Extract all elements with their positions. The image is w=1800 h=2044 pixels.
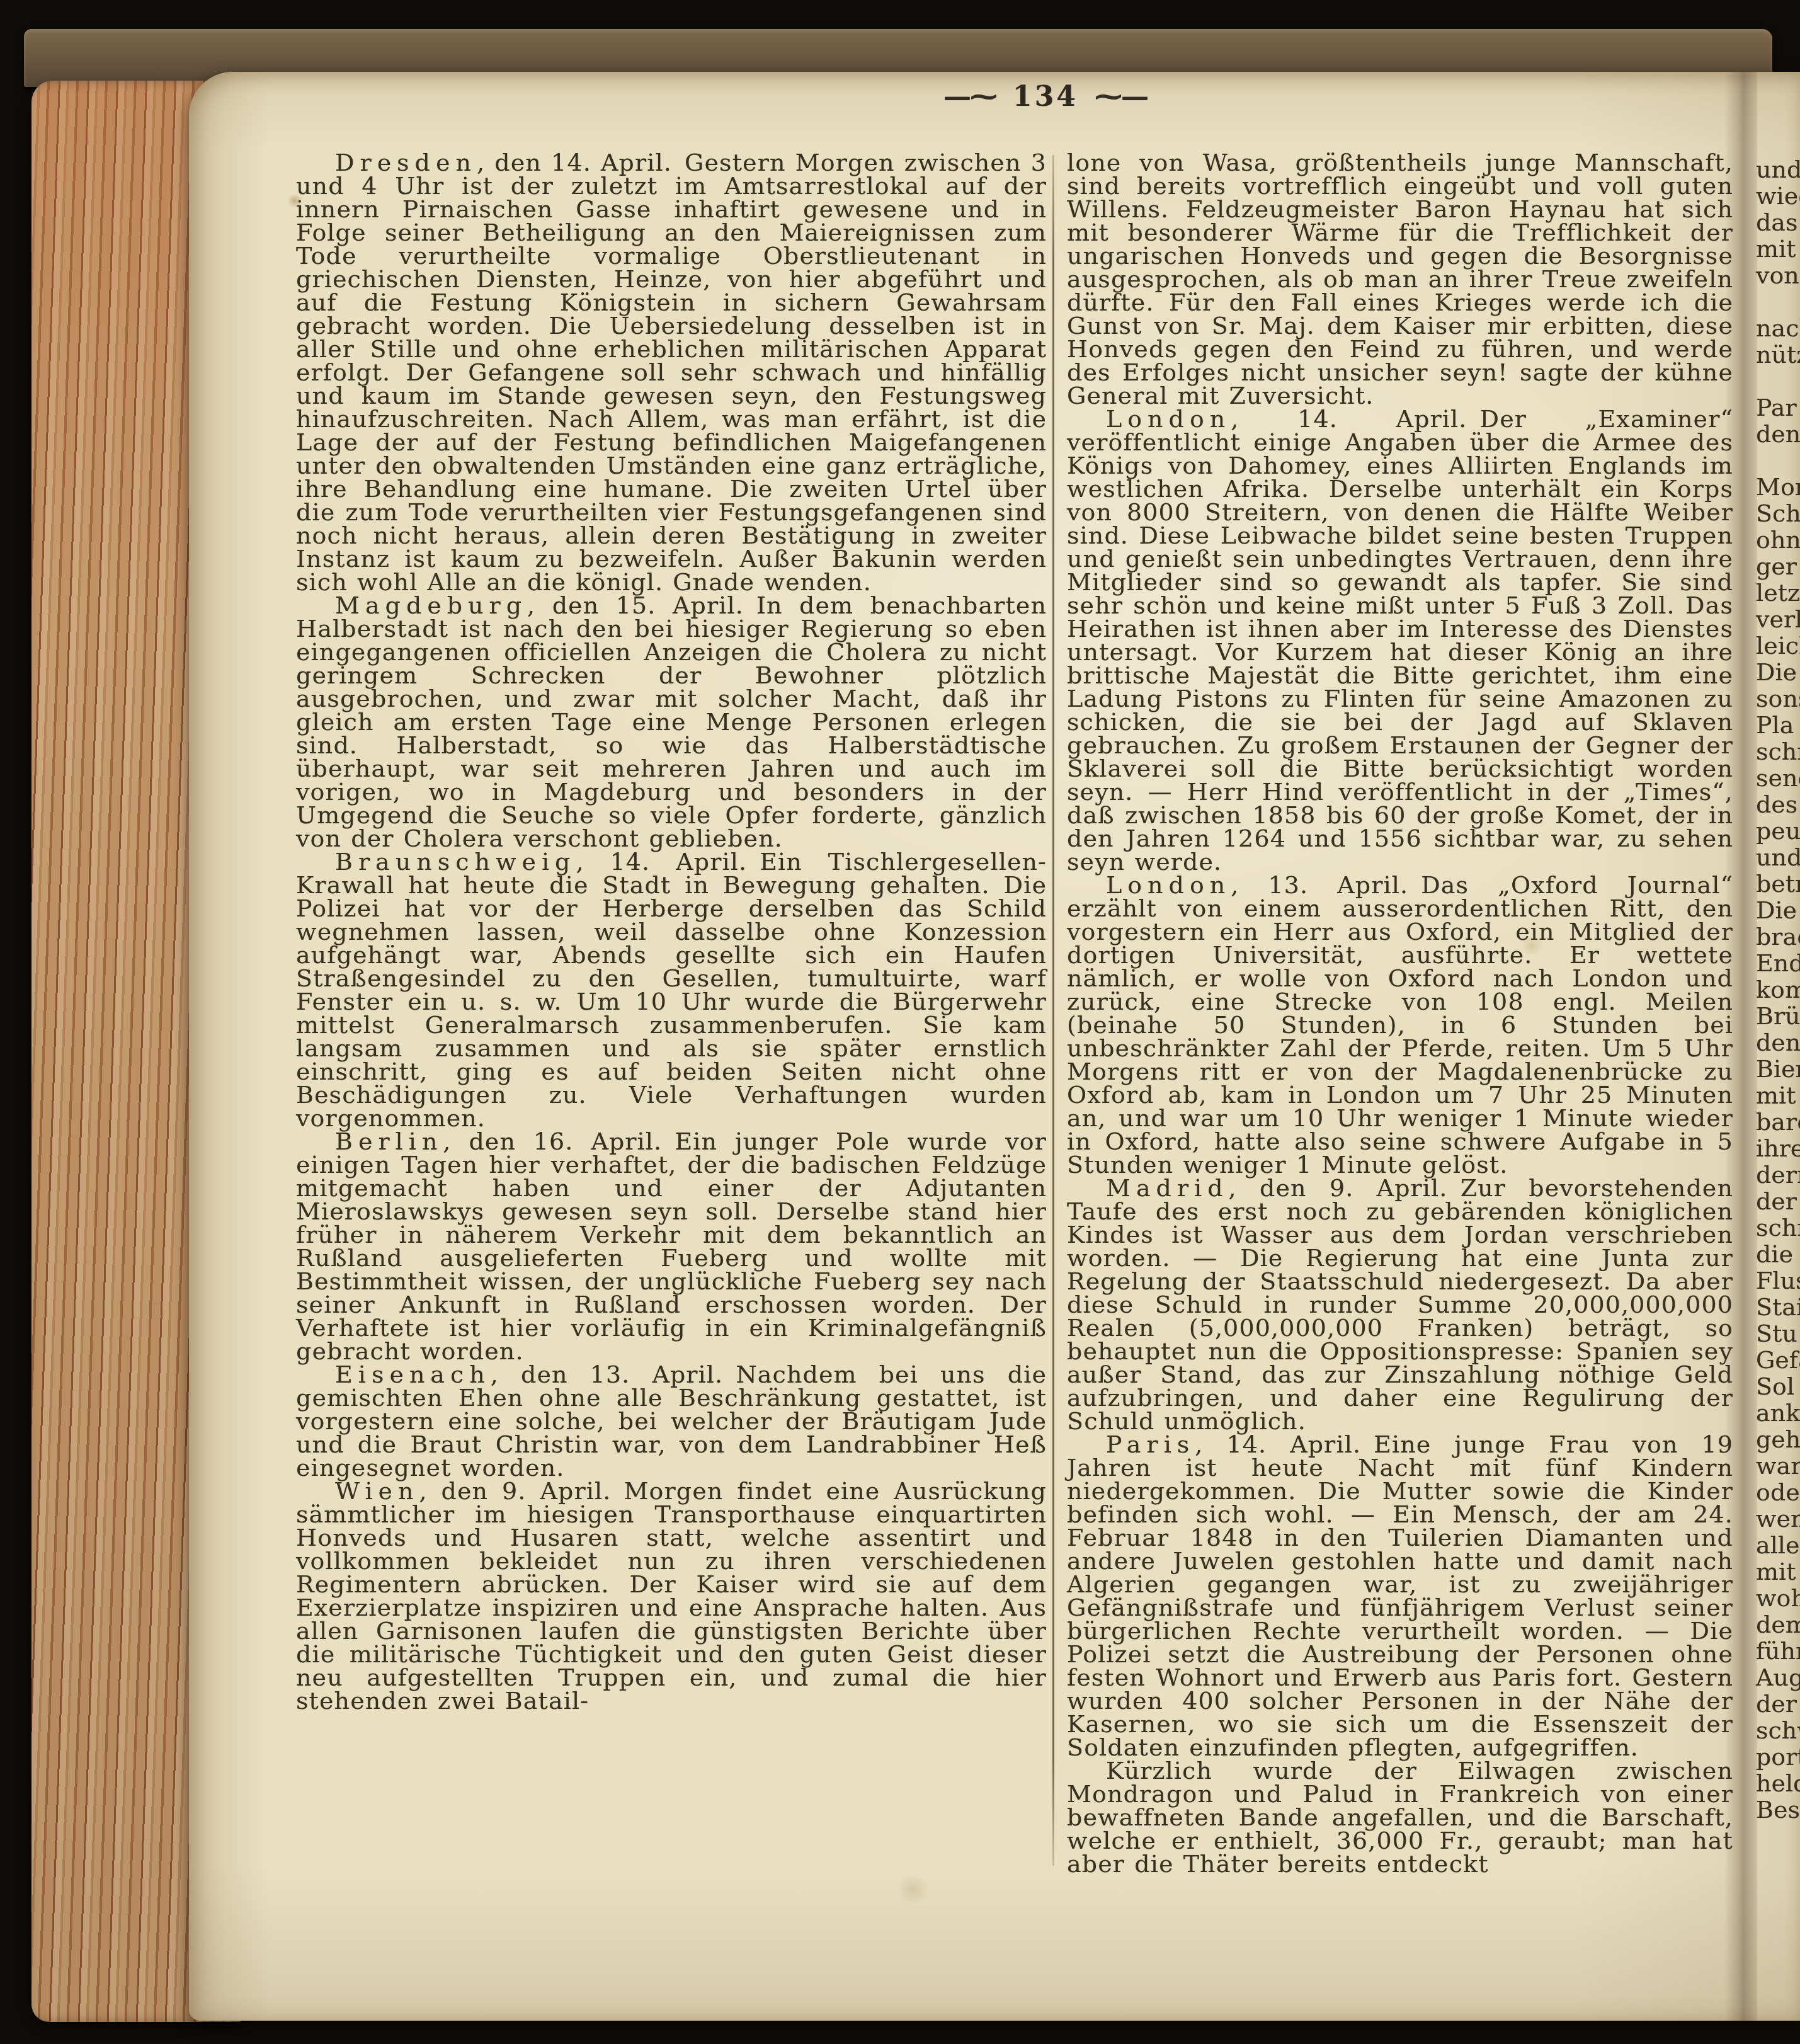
next-page-text-line: bare [1756,1109,1800,1135]
next-page-text-line: sonst [1756,685,1800,712]
dateline-city: Dresden [335,149,477,176]
dateline-date: , den 15. April. [527,591,756,619]
page-number: 134 [1013,81,1078,113]
right-text-column: lone von Wasa, größtentheils junge Manns… [1067,151,1733,1876]
next-page-text-line: weni [1756,1505,1800,1532]
next-page-text-line: schre [1756,1214,1800,1241]
next-page-text-line: nach [1756,315,1800,341]
next-page-blank-line [1756,368,1800,394]
next-page-text-line: leich [1756,632,1800,659]
dateline-date: , den 14. April. [477,149,685,176]
next-page-text-line: oder [1756,1479,1800,1505]
next-page-text-line: sene [1756,765,1800,791]
news-paragraph: Berlin, den 16. April. Ein junger Pole w… [296,1130,1047,1363]
next-page-text-line: Sch [1756,500,1800,527]
folio-ornament-right: ⁓— [1078,81,1164,113]
next-page-text-line: von [1756,262,1800,288]
next-page-text-line: ohne [1756,527,1800,553]
dateline-date: , den 9. April. [419,1477,624,1505]
dateline-city: Magdeburg [335,591,527,619]
dateline-city: Eisenach [335,1361,491,1388]
dateline-date: , den 13. April. [491,1361,736,1388]
next-page-text-line: betre [1756,871,1800,897]
next-page-text-line: dem [1756,1611,1800,1638]
next-page-text-line: Bier [1756,1056,1800,1082]
next-page-text-line: führ [1756,1638,1800,1664]
next-page-text-line: Gefä [1756,1347,1800,1373]
next-page-text-line: mit [1756,1082,1800,1109]
column-divider-rule [1052,155,1054,1866]
next-page-column-fragments: und,wieddasmitvon nachnütz Parden MorSch… [1756,156,1800,1823]
next-page-text-line: peur [1756,818,1800,844]
next-page-text-line: Flus [1756,1267,1800,1294]
next-page-text-line: die [1756,1241,1800,1267]
next-page-text-line: ihrer [1756,1135,1800,1162]
news-paragraph: Magdeburg, den 15. April. In dem benachb… [296,594,1047,850]
next-page-text-line: wied [1756,183,1800,209]
next-page-text-line: held [1756,1770,1800,1796]
news-paragraph: Braunschweig, 14. April. Ein Tischlerges… [296,850,1047,1130]
news-paragraph: Wien, den 9. April. Morgen findet eine A… [296,1480,1047,1713]
dateline-date: , den 9. April. [1229,1174,1461,1202]
next-page-text-line: den [1756,1029,1800,1056]
next-page-text-line: aller [1756,1532,1800,1558]
next-page-text-line: End [1756,950,1800,976]
next-page-text-line: ware [1756,1453,1800,1479]
next-page-text-line: mit [1756,1558,1800,1585]
book-scan: { "page": { "folio": { "left_ornament": … [0,0,1800,2044]
next-page-text-line: porti [1756,1744,1800,1770]
dateline-date: , 14. April. [576,848,760,876]
news-paragraph: Kürzlich wurde der Eilwagen zwischen Mon… [1067,1759,1733,1876]
dateline-city: Paris [1106,1430,1195,1458]
next-page-text-line: Brü [1756,1003,1800,1029]
next-page-text-line: und [1756,844,1800,871]
dateline-city: Wien [335,1477,419,1505]
next-page-text-line: Sol [1756,1373,1800,1400]
dateline-date: , 13. April. [1231,871,1421,899]
dateline-city: London [1106,871,1231,899]
dateline-city: Braunschweig [335,848,576,876]
next-page-text-line: nütz [1756,341,1800,368]
next-page-text-line: kom [1756,976,1800,1003]
dateline-date: , 14. April. [1195,1430,1374,1458]
next-page-text-line: mit [1756,236,1800,262]
next-page-text-line: das [1756,209,1800,236]
next-page-text-line: Die [1756,897,1800,923]
dateline-city: Madrid [1106,1174,1229,1202]
news-paragraph: Eisenach, den 13. April. Nachdem bei uns… [296,1363,1047,1480]
next-page-text-line: der [1756,1188,1800,1214]
next-page-text-line: den [1756,421,1800,447]
next-page-text-line: geha [1756,1426,1800,1453]
next-page-text-line: ger [1756,553,1800,580]
next-page-text-line: schne [1756,738,1800,765]
next-page-text-line: Pla [1756,712,1800,738]
news-paragraph: Paris, 14. April. Eine junge Frau von 19… [1067,1433,1733,1759]
next-page-blank-line [1756,288,1800,315]
news-paragraph: London, 13. April. Das „Oxford Journal“ … [1067,874,1733,1177]
next-page-text-line: dern [1756,1162,1800,1188]
news-paragraph: lone von Wasa, größtentheils junge Manns… [1067,151,1733,408]
dateline-city: Berlin [335,1128,443,1155]
next-page-text-line: letzte [1756,580,1800,606]
news-paragraph: Madrid, den 9. April. Zur bevorstehenden… [1067,1177,1733,1433]
page-number-header: —⁓134⁓— [806,81,1285,113]
next-page-text-line: Stu [1756,1320,1800,1347]
next-page-text-line: des [1756,791,1800,818]
next-page-text-line: verl [1756,606,1800,632]
left-text-column: Dresden, den 14. April. Gestern Morgen z… [296,151,1047,1713]
next-page-text-line: Par [1756,394,1800,421]
next-page-text-line: brac [1756,923,1800,950]
next-page-text-line: Stai [1756,1294,1800,1320]
next-page-text-line: Auge [1756,1664,1800,1691]
dateline-date: , den 16. April. [443,1128,675,1155]
next-page-text-line: Besa [1756,1796,1800,1823]
next-page-text-line: und, [1756,156,1800,183]
next-page-text-line: wohn [1756,1585,1800,1611]
next-page-text-line: Mor [1756,474,1800,500]
news-paragraph: Dresden, den 14. April. Gestern Morgen z… [296,151,1047,594]
folio-ornament-left: —⁓ [927,81,1013,113]
dateline-date: , 14. April. [1231,405,1479,433]
next-page-blank-line [1756,447,1800,474]
dateline-city: London [1106,405,1231,433]
next-page-text-line: Die [1756,659,1800,685]
next-page-text-line: der [1756,1691,1800,1717]
next-page-text-line: schw [1756,1717,1800,1744]
next-page-text-line: ankl [1756,1400,1800,1426]
news-paragraph: London, 14. April. Der „Examiner“ veröff… [1067,408,1733,874]
